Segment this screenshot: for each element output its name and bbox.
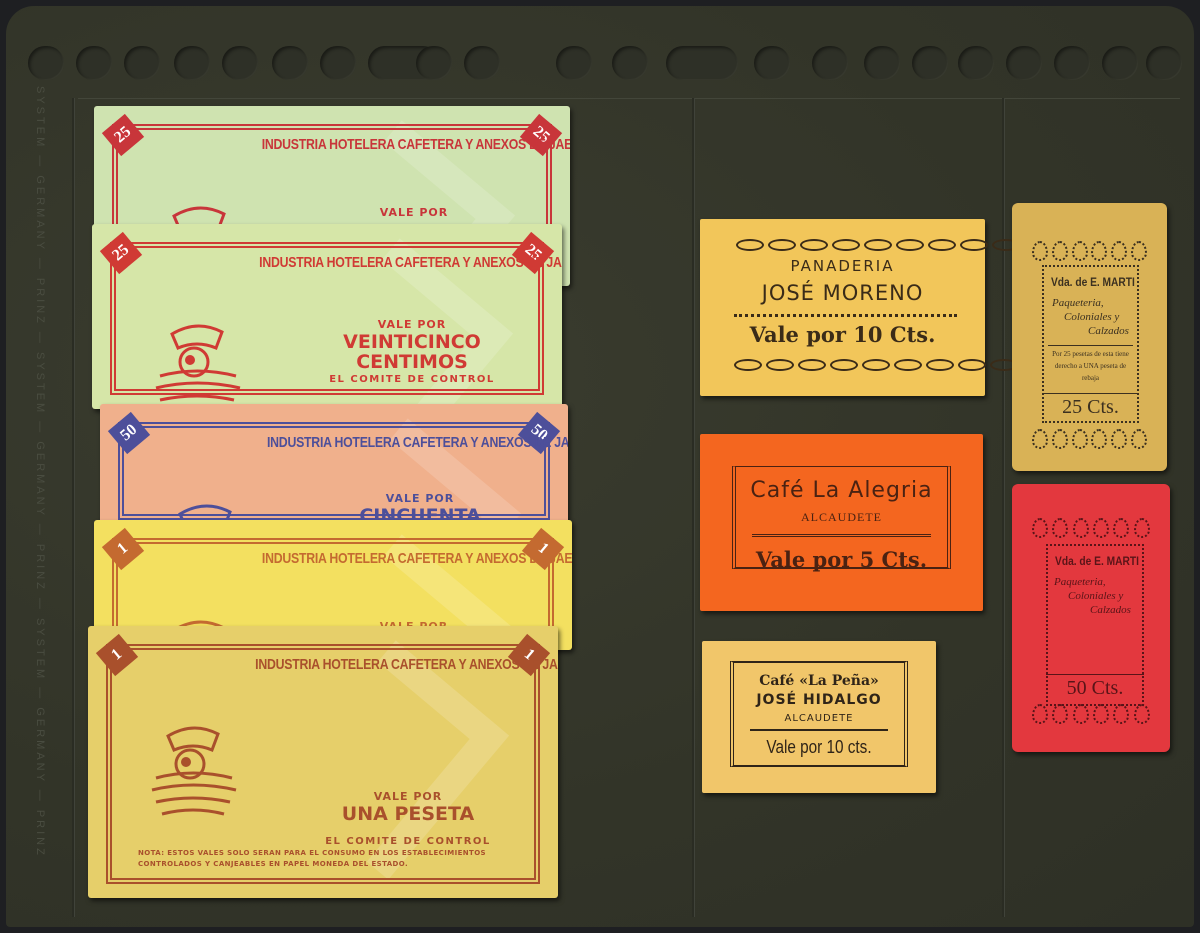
chain-link [798, 359, 826, 371]
binder-hole [556, 46, 592, 80]
chain-link [862, 359, 890, 371]
chain-link [894, 359, 922, 371]
vale-por-label: VALE POR [323, 790, 493, 803]
amount-text: UNA PESETA [298, 804, 518, 824]
ornament-ovals-bottom [1012, 429, 1167, 449]
vale-por-label: VALE POR [335, 492, 505, 505]
chain-link [896, 239, 924, 251]
vale-por-label: VALE POR [329, 206, 499, 219]
ticket-line2: Paqueteria, [1054, 576, 1106, 588]
ticket-value: Vale por 10 cts. [720, 737, 919, 758]
ticket-fine-print: Por 25 pesetas de esta tiene derecho a U… [1048, 345, 1133, 384]
pocket-divider [1002, 98, 1004, 917]
comite-signature: EL COMITE DE CONTROL [288, 836, 528, 847]
ticket-value: 25 Cts. [1042, 393, 1139, 419]
ornament-ovals-top [1012, 518, 1170, 538]
binder-hole [612, 46, 648, 80]
vale-por-label: VALE POR [327, 318, 497, 331]
binder-hole [28, 46, 64, 80]
ticket-line4: Calzados [1090, 604, 1131, 616]
pocket-top-edge [78, 98, 1180, 99]
ticket-line4: Calzados [1088, 325, 1129, 337]
ticket-cafe-la-alegria[interactable]: Café La Alegria ALCAUDETE Vale por 5 Cts… [700, 434, 983, 611]
binder-hole [864, 46, 900, 80]
chain-link [830, 359, 858, 371]
binder-hole [1102, 46, 1138, 80]
chain-link [734, 359, 762, 371]
ornament-chain-bottom [734, 359, 1018, 371]
chain-link [928, 239, 956, 251]
ticket-line1: PANADERIA [700, 257, 985, 275]
comite-signature: EL COMITE DE CONTROL [292, 374, 532, 385]
chain-link [736, 239, 764, 251]
ticket-line3: Coloniales y [1064, 311, 1119, 323]
issuer-title: INDUSTRIA HOTELERA CAFETERA Y ANEXOS DE … [262, 550, 516, 567]
binder-hole [174, 46, 210, 80]
dotted-rule [734, 314, 957, 317]
ticket-line2: ALCAUDETE [700, 510, 983, 525]
chain-link [960, 239, 988, 251]
ticket-line1: Vda. de E. MARTI [1051, 275, 1130, 289]
binder-hole [124, 46, 160, 80]
binder-hole [754, 46, 790, 80]
chain-link [864, 239, 892, 251]
ticket-line2: JOSÉ MORENO [700, 281, 985, 305]
binder-hole [1006, 46, 1042, 80]
chain-link [958, 359, 986, 371]
chain-link [926, 359, 954, 371]
binder-hole [1146, 46, 1182, 80]
binder-hole [812, 46, 848, 80]
amount-text: VEINTICINCO CENTIMOS [302, 332, 522, 372]
binder-hole [1054, 46, 1090, 80]
ticket-line3: ALCAUDETE [702, 713, 936, 724]
issuer-title: INDUSTRIA HOTELERA CAFETERA Y ANEXOS DE … [262, 136, 515, 153]
issuer-title: INDUSTRIA HOTELERA CAFETERA Y ANEXOS DE … [259, 254, 507, 271]
ticket-value: Vale por 5 Cts. [700, 547, 983, 572]
issuer-title: INDUSTRIA HOTELERA CAFETERA Y ANEXOS DE … [255, 656, 503, 673]
chain-link [832, 239, 860, 251]
banknote-50-centimos[interactable]: 5050INDUSTRIA HOTELERA CAFETERA Y ANEXOS… [100, 404, 568, 534]
binder-hole [222, 46, 258, 80]
rule [752, 534, 931, 537]
ticket-line3: Coloniales y [1068, 590, 1123, 602]
ornament-ovals-top [1012, 241, 1167, 261]
ticket-line1: Café «La Peña» [702, 673, 936, 689]
banknote-25-centimos[interactable]: 2525INDUSTRIA HOTELERA CAFETERA Y ANEXOS… [92, 224, 562, 409]
ticket-cafe-la-pena[interactable]: Café «La Peña» JOSÉ HIDALGO ALCAUDETE Va… [702, 641, 936, 793]
ornament-ovals-bottom [1012, 704, 1170, 724]
ticket-value: Vale por 10 Cts. [700, 322, 985, 347]
binder-hole [416, 46, 452, 80]
ticket-line1: Vda. de E. MARTI [1055, 554, 1135, 568]
binder-hole [464, 46, 500, 80]
ticket-vda-marti-50-cts[interactable]: Vda. de E. MARTI Paqueteria, Coloniales … [1012, 484, 1170, 752]
binder-hole [912, 46, 948, 80]
pocket-divider [692, 98, 694, 917]
ticket-panaderia-jose-moreno[interactable]: PANADERIA JOSÉ MORENO Vale por 10 Cts. [700, 219, 985, 396]
chain-link [800, 239, 828, 251]
binder-hole [958, 46, 994, 80]
binder-hole [76, 46, 112, 80]
chain-link [768, 239, 796, 251]
pocket-divider [72, 98, 74, 917]
ticket-line1: Café La Alegria [700, 478, 983, 503]
ticket-line2: JOSÉ HIDALGO [702, 692, 936, 708]
issuer-title: INDUSTRIA HOTELERA CAFETERA Y ANEXOS DE … [267, 434, 513, 451]
rule [750, 729, 888, 731]
ornament-chain-top [736, 239, 1020, 251]
binder-hole [666, 46, 738, 80]
chain-link [766, 359, 794, 371]
coffee-cup-emblem-icon [152, 314, 242, 409]
binder-hole [320, 46, 356, 80]
binder-hole [272, 46, 308, 80]
banknote-1-peseta[interactable]: 11INDUSTRIA HOTELERA CAFETERA Y ANEXOS D… [88, 626, 558, 898]
ticket-vda-marti-25-cts[interactable]: Vda. de E. MARTI Paqueteria, Coloniales … [1012, 203, 1167, 471]
side-imprint: SYSTEM — GERMANY — PRINZ — SYSTEM — GERM… [24, 86, 46, 926]
ticket-value: 50 Cts. [1046, 674, 1144, 700]
coffee-cup-emblem-icon [148, 716, 238, 826]
ticket-line2: Paqueteria, [1052, 297, 1104, 309]
nota-disclaimer: NOTA: ESTOS VALES SOLO SERAN PARA EL CON… [138, 848, 526, 870]
